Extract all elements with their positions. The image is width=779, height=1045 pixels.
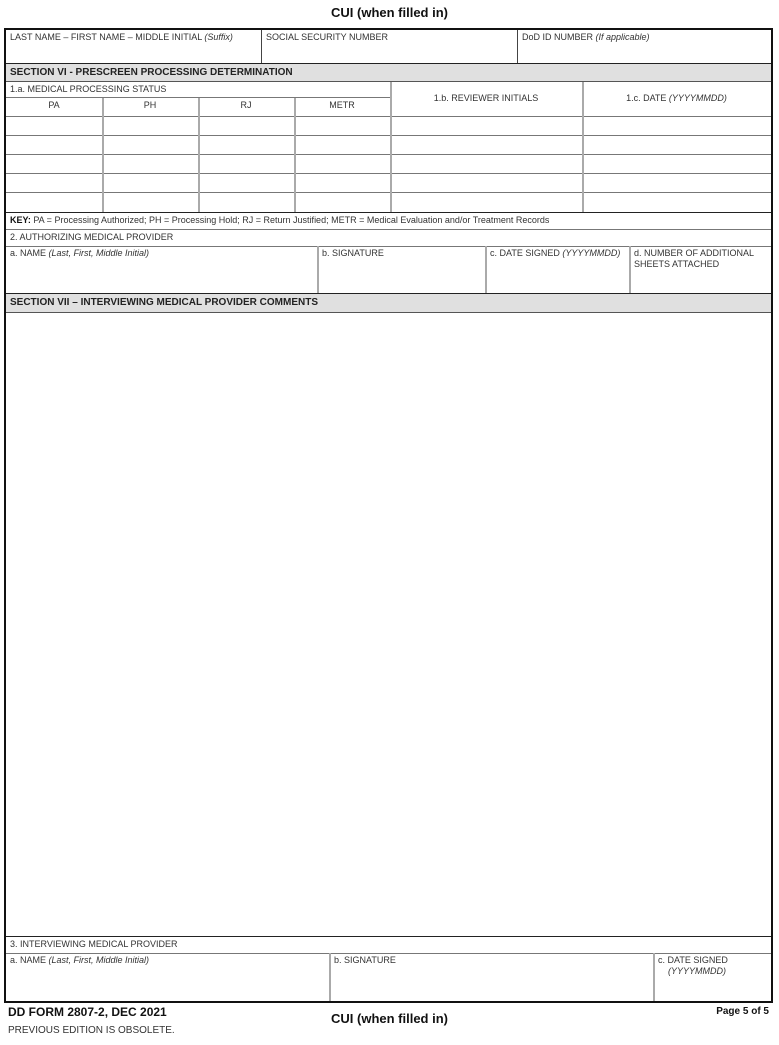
auth-date-signed-field[interactable]: c. DATE SIGNED (YYYYMMDD) xyxy=(486,246,630,293)
obsolete-notice: PREVIOUS EDITION IS OBSOLETE. xyxy=(8,1025,175,1036)
interviewer-name-hint: (Last, First, Middle Initial) xyxy=(49,955,150,965)
auth-signature-field[interactable]: b. SIGNATURE xyxy=(318,246,486,293)
status-cell-ph[interactable] xyxy=(102,193,198,211)
name-field[interactable]: LAST NAME – FIRST NAME – MIDDLE INITIAL … xyxy=(6,30,262,63)
status-cell-metr[interactable] xyxy=(294,136,390,154)
status-cell-initials[interactable] xyxy=(390,117,582,135)
auth-name-field[interactable]: a. NAME (Last, First, Middle Initial) xyxy=(6,246,318,293)
interviewer-name-field[interactable]: a. NAME (Last, First, Middle Initial) xyxy=(6,953,330,1001)
review-date-hint: (YYYYMMDD) xyxy=(669,93,727,103)
interviewer-date-signed-field[interactable]: c. DATE SIGNED (YYYYMMDD) xyxy=(654,953,771,1001)
column-header-ph: PH xyxy=(102,98,198,115)
dod-id-hint: (If applicable) xyxy=(596,32,650,42)
auth-date-hint: (YYYYMMDD) xyxy=(562,248,620,258)
column-header-metr: METR xyxy=(294,98,390,115)
status-cell-metr[interactable] xyxy=(294,193,390,211)
status-cell-ph[interactable] xyxy=(102,117,198,135)
interviewer-date-hint: (YYYYMMDD) xyxy=(668,966,726,976)
status-cell-metr[interactable] xyxy=(294,117,390,135)
sheets-label-line1: d. NUMBER OF ADDITIONAL xyxy=(634,248,767,259)
reviewer-initials-header: 1.b. REVIEWER INITIALS xyxy=(390,82,582,116)
review-date-header: 1.c. DATE (YYYYMMDD) xyxy=(582,82,771,116)
ssn-label: SOCIAL SECURITY NUMBER xyxy=(266,32,388,42)
page-number: Page 5 of 5 xyxy=(716,1006,769,1017)
sheets-label-line2: SHEETS ATTACHED xyxy=(634,259,767,270)
status-cell-initials[interactable] xyxy=(390,193,582,211)
comments-textarea[interactable] xyxy=(6,313,771,935)
status-cell-initials[interactable] xyxy=(390,174,582,192)
status-cell-metr[interactable] xyxy=(294,155,390,173)
key-label: KEY: xyxy=(10,215,31,225)
dod-id-label: DoD ID NUMBER xyxy=(522,32,593,42)
interviewer-signature-label: b. SIGNATURE xyxy=(334,955,396,965)
auth-date-label: c. DATE SIGNED xyxy=(490,248,560,258)
status-cell-rj[interactable] xyxy=(198,155,294,173)
key-text: PA = Processing Authorized; PH = Process… xyxy=(31,215,550,225)
authorizing-provider-label: 2. AUTHORIZING MEDICAL PROVIDER xyxy=(6,230,771,246)
cui-marking-top: CUI (when filled in) xyxy=(0,5,779,20)
interviewer-name-label: a. NAME xyxy=(10,955,46,965)
status-cell-rj[interactable] xyxy=(198,117,294,135)
status-cell-rj[interactable] xyxy=(198,136,294,154)
status-cell-date[interactable] xyxy=(582,174,771,192)
status-cell-pa[interactable] xyxy=(6,117,102,135)
status-cell-pa[interactable] xyxy=(6,155,102,173)
ssn-field[interactable]: SOCIAL SECURITY NUMBER xyxy=(262,30,518,63)
status-cell-rj[interactable] xyxy=(198,193,294,211)
status-cell-pa[interactable] xyxy=(6,174,102,192)
status-cell-ph[interactable] xyxy=(102,174,198,192)
form-page: LAST NAME – FIRST NAME – MIDDLE INITIAL … xyxy=(4,28,773,1003)
status-cell-pa[interactable] xyxy=(6,193,102,211)
interviewer-signature-field[interactable]: b. SIGNATURE xyxy=(330,953,654,1001)
status-cell-initials[interactable] xyxy=(390,136,582,154)
interviewing-provider-label: 3. INTERVIEWING MEDICAL PROVIDER xyxy=(6,937,771,953)
section-vii-header: SECTION VII – INTERVIEWING MEDICAL PROVI… xyxy=(6,293,771,313)
interviewer-date-label: c. DATE SIGNED xyxy=(658,955,767,966)
status-cell-ph[interactable] xyxy=(102,136,198,154)
status-cell-date[interactable] xyxy=(582,193,771,211)
status-cell-date[interactable] xyxy=(582,117,771,135)
status-cell-pa[interactable] xyxy=(6,136,102,154)
status-cell-initials[interactable] xyxy=(390,155,582,173)
status-cell-date[interactable] xyxy=(582,136,771,154)
status-cell-rj[interactable] xyxy=(198,174,294,192)
section-vi-header: SECTION VI - PRESCREEN PROCESSING DETERM… xyxy=(6,63,771,82)
status-cell-ph[interactable] xyxy=(102,155,198,173)
column-header-pa: PA xyxy=(6,98,102,115)
review-date-label: 1.c. DATE xyxy=(626,93,666,103)
status-cell-date[interactable] xyxy=(582,155,771,173)
column-header-rj: RJ xyxy=(198,98,294,115)
additional-sheets-field[interactable]: d. NUMBER OF ADDITIONAL SHEETS ATTACHED xyxy=(630,246,771,293)
name-label: LAST NAME – FIRST NAME – MIDDLE INITIAL xyxy=(10,32,202,42)
status-cell-metr[interactable] xyxy=(294,174,390,192)
name-hint: (Suffix) xyxy=(204,32,233,42)
auth-name-label: a. NAME xyxy=(10,248,46,258)
medical-processing-status-label: 1.a. MEDICAL PROCESSING STATUS xyxy=(6,82,390,97)
dod-id-field[interactable]: DoD ID NUMBER (If applicable) xyxy=(518,30,771,63)
status-key: KEY: PA = Processing Authorized; PH = Pr… xyxy=(6,213,771,229)
auth-name-hint: (Last, First, Middle Initial) xyxy=(49,248,150,258)
auth-signature-label: b. SIGNATURE xyxy=(322,248,384,258)
cui-marking-bottom: CUI (when filled in) xyxy=(0,1011,779,1026)
